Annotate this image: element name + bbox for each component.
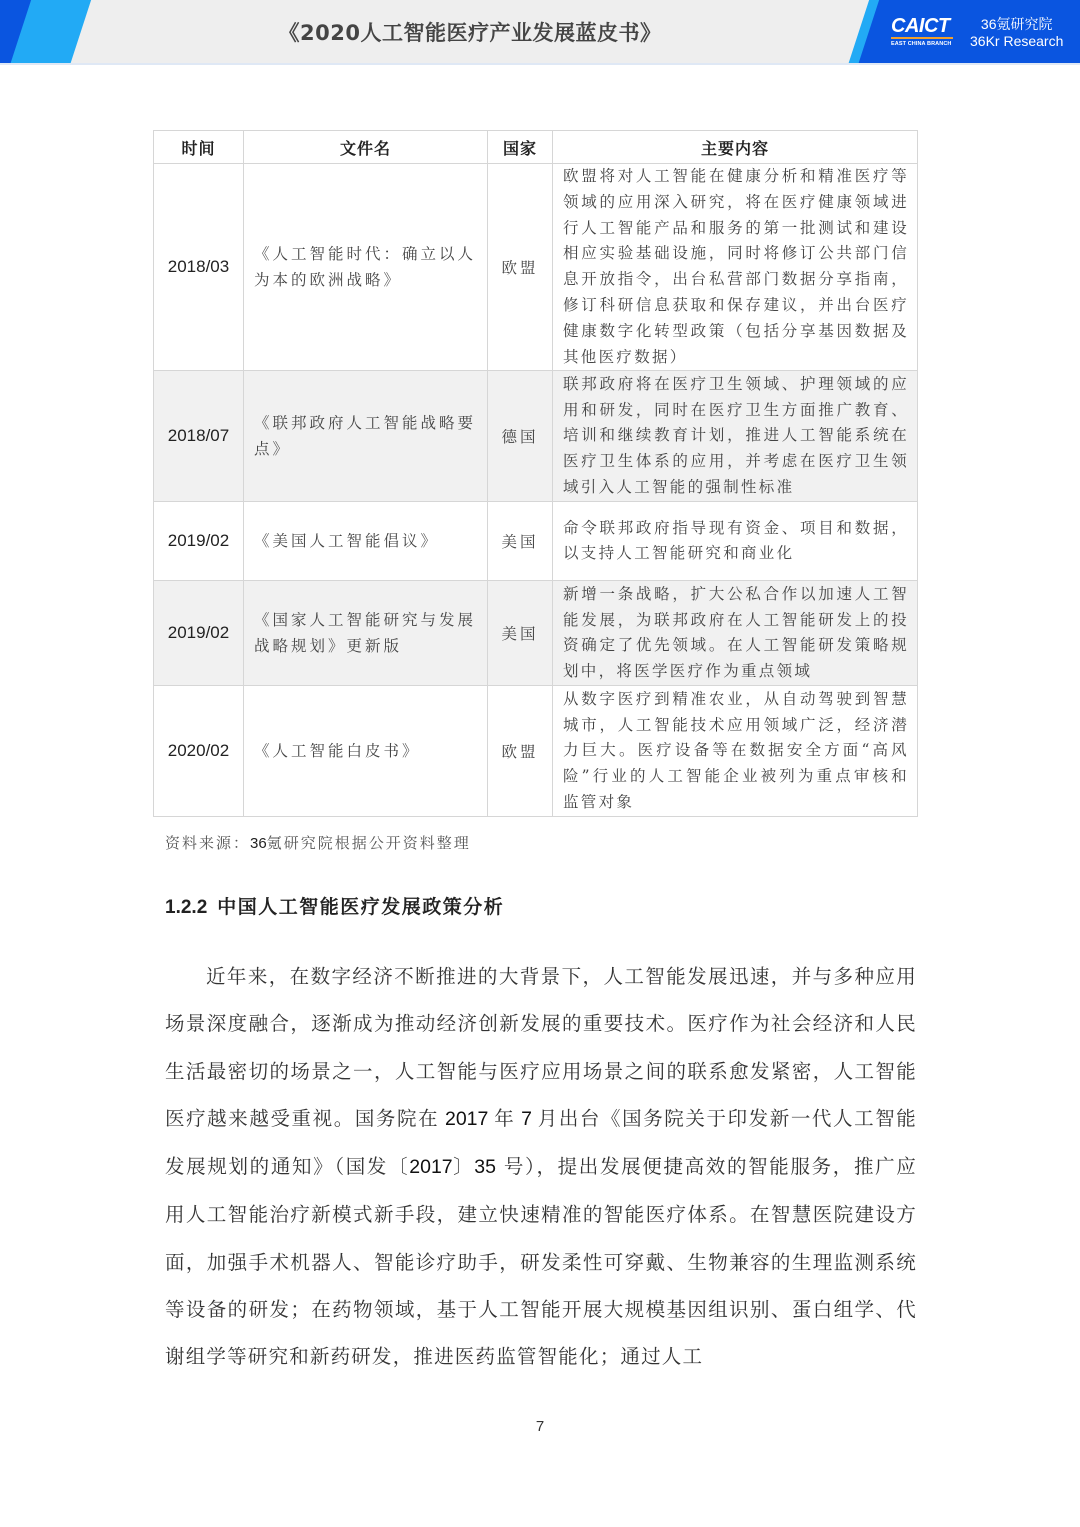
- page-number: 7: [0, 1418, 1080, 1435]
- cell-content: 新增一条战略，扩大公私合作以加速人工智能发展，为联邦政府在人工智能研发上的投资确…: [553, 581, 918, 686]
- cell-country: 德国: [488, 371, 553, 502]
- document-title: 《2020人工智能医疗产业发展蓝皮书》: [0, 17, 940, 47]
- source-text: 氪研究院根据公开资料整理: [267, 834, 471, 852]
- policy-table: 时间 文件名 国家 主要内容 2018/03 《人工智能时代：确立以人为本的欧洲…: [153, 130, 918, 817]
- cell-country: 欧盟: [488, 164, 553, 371]
- table-row: 2019/02 《国家人工智能研究与发展战略规划》更新版 美国 新增一条战略，扩…: [154, 581, 918, 686]
- column-header-date: 时间: [154, 131, 244, 164]
- paragraph-text: 近年来，在数字经济不断推进的大背景下，人工智能发展迅速，并与多种应用场景深度融合…: [165, 965, 917, 1130]
- 36kr-logo-en: 36Kr Research: [970, 33, 1063, 50]
- source-number: 36: [250, 835, 267, 852]
- cell-document: 《联邦政府人工智能战略要点》: [244, 371, 488, 502]
- cell-content: 从数字医疗到精准农业，从自动驾驶到智慧城市，人工智能技术应用领域广泛，经济潜力巨…: [553, 686, 918, 817]
- column-header-content: 主要内容: [553, 131, 918, 164]
- page-header: 《2020人工智能医疗产业发展蓝皮书》 CAICT EAST CHINA BRA…: [0, 0, 1080, 65]
- cell-document: 《美国人工智能倡议》: [244, 502, 488, 581]
- caict-logo-text: CAICT: [891, 16, 953, 36]
- cell-date: 2018/03: [154, 164, 244, 371]
- table-source-note: 资料来源：36氪研究院根据公开资料整理: [165, 832, 471, 853]
- paragraph-text: 年: [494, 1107, 515, 1130]
- paragraph-number: 2017: [439, 1108, 494, 1130]
- caict-logo-underline: [891, 37, 953, 39]
- section-heading: 1.2.2中国人工智能医疗发展政策分析: [165, 892, 504, 919]
- section-number: 1.2.2: [165, 897, 207, 918]
- cell-document: 《国家人工智能研究与发展战略规划》更新版: [244, 581, 488, 686]
- cell-document: 《人工智能白皮书》: [244, 686, 488, 817]
- column-header-country: 国家: [488, 131, 553, 164]
- cell-document: 《人工智能时代：确立以人为本的欧洲战略》: [244, 164, 488, 371]
- paragraph-number: 7: [515, 1108, 537, 1130]
- table-row: 2019/02 《美国人工智能倡议》 美国 命令联邦政府指导现有资金、项目和数据…: [154, 502, 918, 581]
- cell-date: 2018/07: [154, 371, 244, 502]
- table-header-row: 时间 文件名 国家 主要内容: [154, 131, 918, 164]
- paragraph-number: 2017: [409, 1156, 452, 1178]
- cell-content: 命令联邦政府指导现有资金、项目和数据，以支持人工智能研究和商业化: [553, 502, 918, 581]
- caict-logo: CAICT EAST CHINA BRANCH: [891, 16, 953, 47]
- section-title: 中国人工智能医疗发展政策分析: [217, 896, 504, 918]
- cell-date: 2019/02: [154, 581, 244, 686]
- cell-content: 欧盟将对人工智能在健康分析和精准医疗等领域的应用深入研究，将在医疗健康领域进行人…: [553, 164, 918, 371]
- table-row: 2018/03 《人工智能时代：确立以人为本的欧洲战略》 欧盟 欧盟将对人工智能…: [154, 164, 918, 371]
- cell-country: 欧盟: [488, 686, 553, 817]
- column-header-document: 文件名: [244, 131, 488, 164]
- cell-date: 2019/02: [154, 502, 244, 581]
- 36kr-logo-cn: 36氪研究院: [970, 16, 1063, 33]
- body-paragraph: 近年来，在数字经济不断推进的大背景下，人工智能发展迅速，并与多种应用场景深度融合…: [165, 953, 917, 1381]
- paragraph-number: 35: [474, 1156, 496, 1178]
- paragraph-text: 号），提出发展便捷高效的智能服务，推广应用人工智能治疗新模式新手段，建立快速精准…: [165, 1155, 917, 1368]
- cell-country: 美国: [488, 502, 553, 581]
- source-label: 资料来源：: [165, 834, 250, 852]
- 36kr-logo: 36氪研究院 36Kr Research: [970, 16, 1063, 50]
- cell-country: 美国: [488, 581, 553, 686]
- table-row: 2018/07 《联邦政府人工智能战略要点》 德国 联邦政府将在医疗卫生领域、护…: [154, 371, 918, 502]
- table-row: 2020/02 《人工智能白皮书》 欧盟 从数字医疗到精准农业，从自动驾驶到智慧…: [154, 686, 918, 817]
- caict-logo-subtitle: EAST CHINA BRANCH: [891, 41, 953, 47]
- cell-content: 联邦政府将在医疗卫生领域、护理领域的应用和研发，同时在医疗卫生方面推广教育、培训…: [553, 371, 918, 502]
- cell-date: 2020/02: [154, 686, 244, 817]
- paragraph-text: 〕: [453, 1155, 475, 1178]
- header-divider: [0, 63, 1080, 65]
